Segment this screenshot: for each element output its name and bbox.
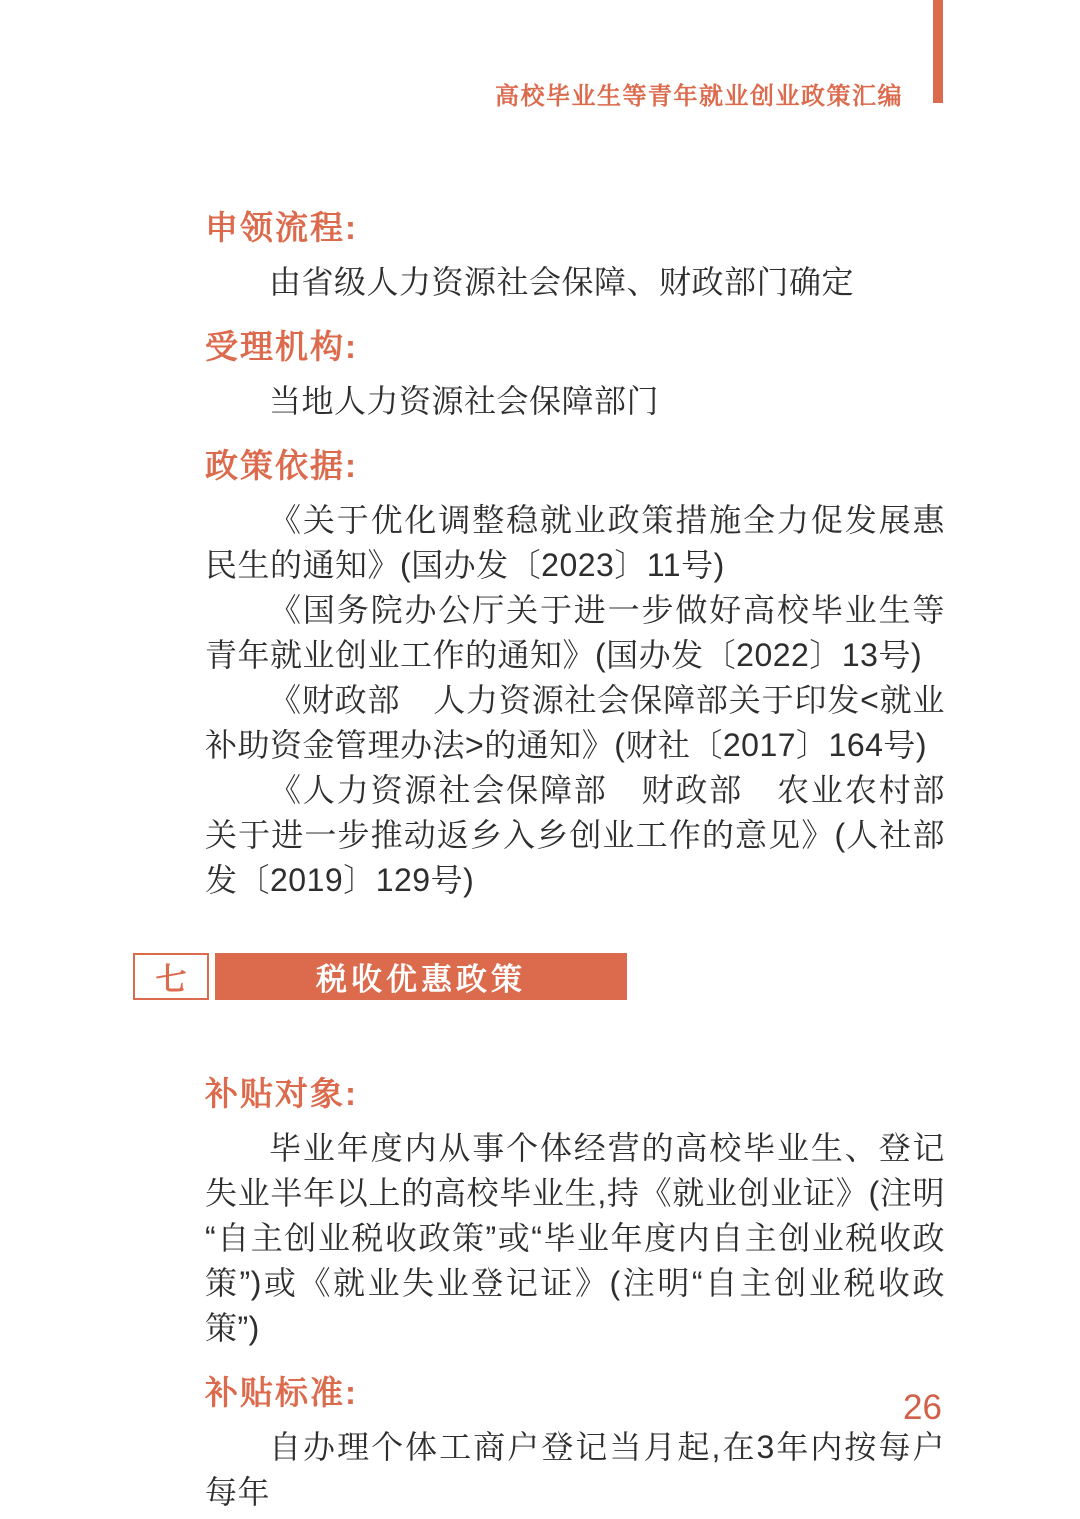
- section-heading-subsidy-target: 补贴对象:: [205, 1072, 945, 1116]
- section-heading-accepting-agency: 受理机构:: [205, 325, 945, 369]
- paragraph-application-process: 由省级人力资源社会保障、财政部门确定: [205, 260, 945, 305]
- section-banner-title: 税收优惠政策: [215, 953, 627, 1000]
- paragraph-policy-basis-1: 《关于优化调整稳就业政策措施全力促发展惠民生的通知》(国办发〔2023〕11号): [205, 498, 945, 588]
- paragraph-policy-basis-4: 《人力资源社会保障部 财政部 农业农村部关于进一步推动返乡入乡创业工作的意见》(…: [205, 768, 945, 903]
- section-heading-policy-basis: 政策依据:: [205, 444, 945, 488]
- paragraph-policy-basis-2: 《国务院办公厅关于进一步做好高校毕业生等青年就业创业工作的通知》(国办发〔202…: [205, 588, 945, 678]
- paragraph-subsidy-target: 毕业年度内从事个体经营的高校毕业生、登记失业半年以上的高校毕业生,持《就业创业证…: [205, 1126, 945, 1351]
- paragraph-subsidy-standard: 自办理个体工商户登记当月起,在3年内按每户每年: [205, 1425, 945, 1515]
- section-banner-tax-preference: 七 税收优惠政策: [133, 953, 945, 1000]
- paragraph-accepting-agency: 当地人力资源社会保障部门: [205, 379, 945, 424]
- paragraph-policy-basis-3: 《财政部 人力资源社会保障部关于印发<就业补助资金管理办法>的通知》(财社〔20…: [205, 678, 945, 768]
- content-column: 申领流程: 由省级人力资源社会保障、财政部门确定 受理机构: 当地人力资源社会保…: [205, 0, 945, 1515]
- section-number-box: 七: [133, 953, 209, 1000]
- section-heading-subsidy-standard: 补贴标准:: [205, 1371, 945, 1415]
- section-heading-application-process: 申领流程:: [205, 206, 945, 250]
- document-page: 高校毕业生等青年就业创业政策汇编 申领流程: 由省级人力资源社会保障、财政部门确…: [0, 0, 1080, 1519]
- page-number: 26: [903, 1388, 942, 1428]
